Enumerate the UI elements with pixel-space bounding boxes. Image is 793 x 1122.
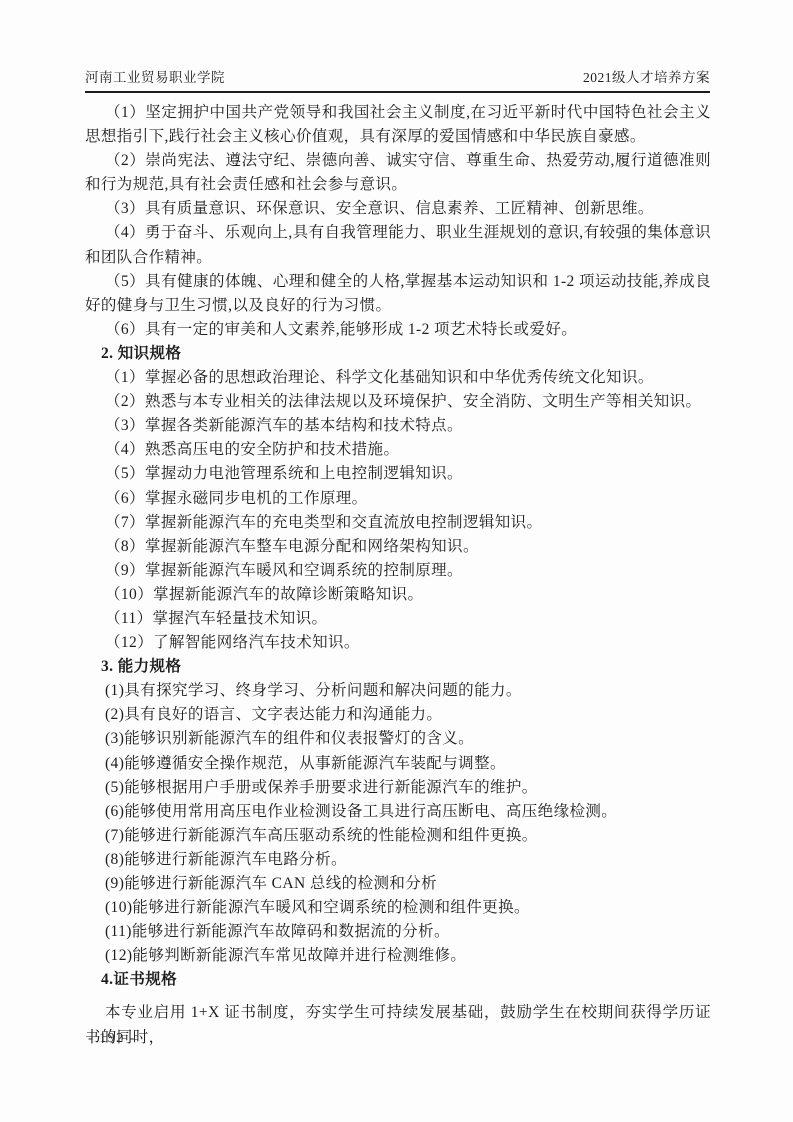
list-item: (9)能够进行新能源汽车 CAN 总线的检测和分析	[85, 872, 711, 896]
list-item: （12）了解智能网络汽车技术知识。	[85, 631, 711, 655]
section-heading-ability: 3. 能力规格	[85, 655, 711, 679]
list-item: （5）具有健康的体魄、心理和健全的人格,掌握基本运动知识和 1-2 项运动技能,…	[85, 270, 711, 318]
plan-title: 2021级人才培养方案	[583, 66, 710, 86]
section-heading-certificate: 4.证书规格	[85, 968, 711, 992]
list-item: (8)能够进行新能源汽车电路分析。	[85, 848, 711, 872]
closing-paragraph: 本专业启用 1+X 证书制度，夯实学生可持续发展基础，鼓励学生在校期间获得学历证…	[85, 1001, 711, 1049]
list-item: （9）掌握新能源汽车暖风和空调系统的控制原理。	[85, 559, 711, 583]
list-item: (3)能够识别新能源汽车的组件和仪表报警灯的含义。	[85, 727, 711, 751]
list-item: （4）勇于奋斗、乐观向上,具有自我管理能力、职业生涯规划的意识,有较强的集体意识…	[85, 221, 711, 269]
list-item: （3）掌握各类新能源汽车的基本结构和技术特点。	[85, 414, 711, 438]
list-item: （1）掌握必备的思想政治理论、科学文化基础知识和中华优秀传统文化知识。	[85, 366, 711, 390]
list-item: (5)能够根据用户手册或保养手册要求进行新能源汽车的维护。	[85, 776, 711, 800]
list-item: (6)能够使用常用高压电作业检测设备工具进行高压断电、高压绝缘检测。	[85, 800, 711, 824]
list-item: (1)具有探究学习、终身学习、分析问题和解决问题的能力。	[85, 679, 711, 703]
list-item: (2)具有良好的语言、文字表达能力和沟通能力。	[85, 703, 711, 727]
list-item: （8）掌握新能源汽车整车电源分配和网络架构知识。	[85, 535, 711, 559]
list-item: （1）坚定拥护中国共产党领导和我国社会主义制度,在习近平新时代中国特色社会主义思…	[85, 101, 711, 149]
school-name: 河南工业贸易职业学院	[85, 66, 225, 86]
list-item: （10）掌握新能源汽车的故障诊断策略知识。	[85, 583, 711, 607]
list-item: (7)能够进行新能源汽车高压驱动系统的性能检测和组件更换。	[85, 824, 711, 848]
list-item: （7）掌握新能源汽车的充电类型和交直流放电控制逻辑知识。	[85, 511, 711, 535]
list-item: （2）崇尚宪法、遵法守纪、崇德向善、诚实守信、尊重生命、热爱劳动,履行道德准则和…	[85, 149, 711, 197]
list-item: （3）具有质量意识、环保意识、安全意识、信息素养、工匠精神、创新思维。	[85, 197, 711, 221]
page-number: - 192 -	[88, 1031, 136, 1047]
list-item: (12)能够判断新能源汽车常见故障并进行检测维修。	[85, 944, 711, 968]
list-item: （5）掌握动力电池管理系统和上电控制逻辑知识。	[85, 462, 711, 486]
list-item: （6）掌握永磁同步电机的工作原理。	[85, 487, 711, 511]
list-item: （2）熟悉与本专业相关的法律法规以及环境保护、安全消防、文明生产等相关知识。	[85, 390, 711, 414]
list-item: (4)能够遵循安全操作规范，从事新能源汽车装配与调整。	[85, 752, 711, 776]
list-item: (10)能够进行新能源汽车暖风和空调系统的检测和组件更换。	[85, 896, 711, 920]
document-page: 河南工业贸易职业学院 2021级人才培养方案 （1）坚定拥护中国共产党领导和我国…	[0, 0, 793, 1122]
page-header: 河南工业贸易职业学院 2021级人才培养方案	[85, 66, 710, 93]
document-body: （1）坚定拥护中国共产党领导和我国社会主义制度,在习近平新时代中国特色社会主义思…	[85, 101, 711, 1050]
section-heading-knowledge: 2. 知识规格	[85, 342, 711, 366]
list-item: (11)能够进行新能源汽车故障码和数据流的分析。	[85, 920, 711, 944]
list-item: （11）掌握汽车轻量技术知识。	[85, 607, 711, 631]
list-item: （4）熟悉高压电的安全防护和技术措施。	[85, 438, 711, 462]
list-item: （6）具有一定的审美和人文素养,能够形成 1-2 项艺术特长或爱好。	[85, 318, 711, 342]
